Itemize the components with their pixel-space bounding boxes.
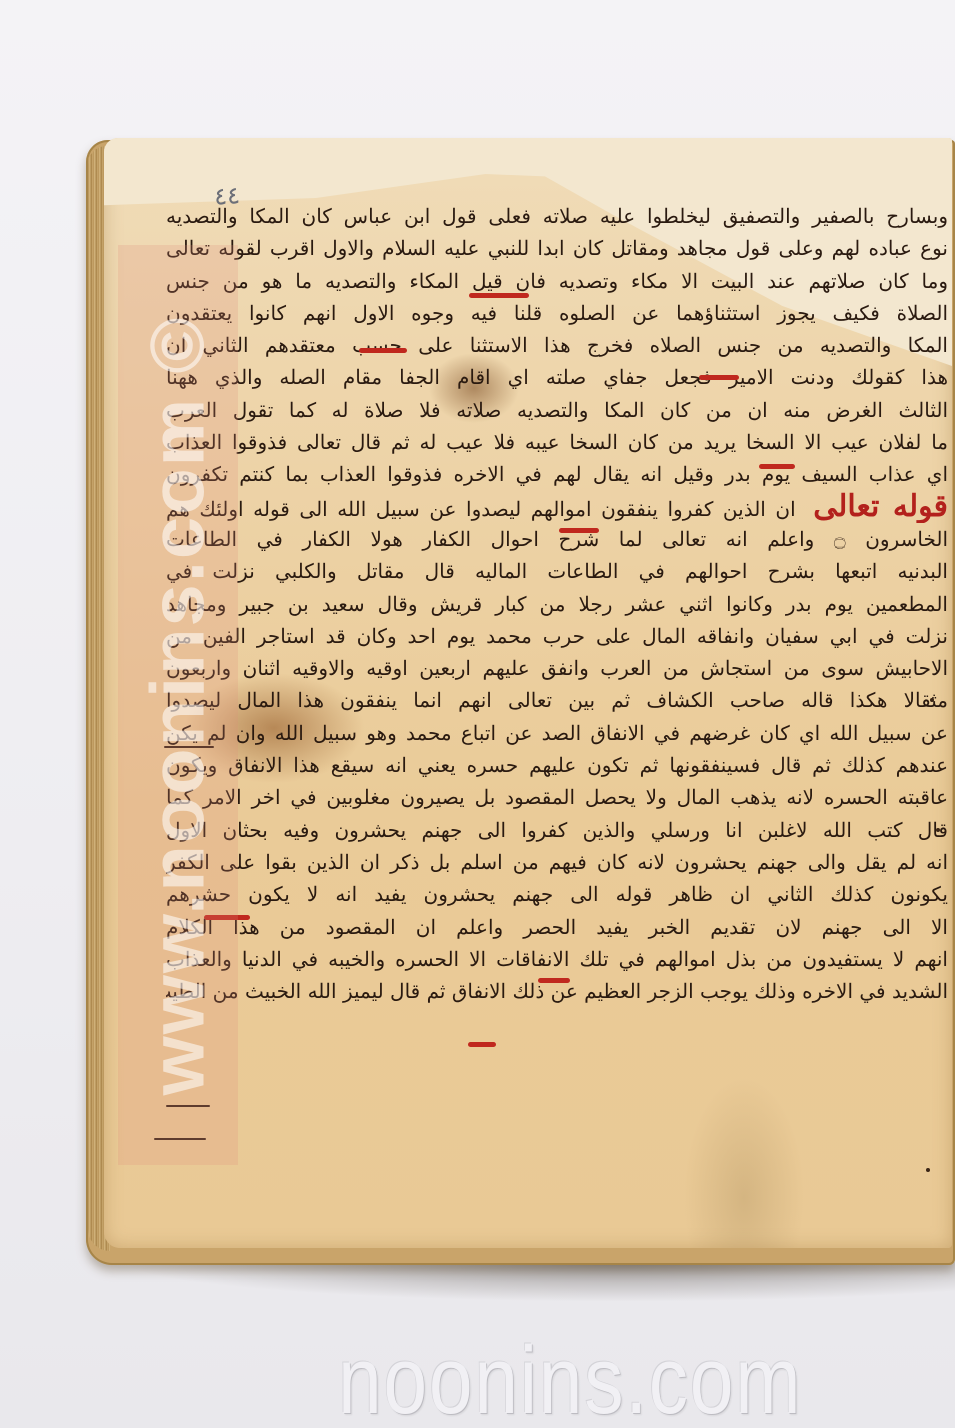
text-line: عن سبيل الله اي كان غرضهم في الانفاق الص… <box>166 717 948 749</box>
ink-speck <box>936 828 940 832</box>
text-line: مثقالا هكذا قاله صاحب الكشاف ثم بين تعال… <box>166 684 948 716</box>
ink-speck <box>930 698 934 702</box>
rubric-heading: قوله تعالى <box>813 491 948 523</box>
book-shadow <box>120 1262 955 1302</box>
text-line: المطعمين يوم بدر وكانوا اثني عشر رجلا من… <box>166 588 948 620</box>
red-overline-mark <box>468 1042 496 1047</box>
red-overline-mark <box>359 348 407 353</box>
vertical-watermark-text: www.noonins.com © <box>135 315 222 1095</box>
text-line: البدنيه اتبعها بشرح احوالهم في الطاعات ا… <box>166 555 948 587</box>
text-line: وما كان صلاتهم عند البيت الا مكاء وتصديه… <box>166 265 948 297</box>
text-line: انه لم يقل والى جهنم يحشرون لانه كان فيه… <box>166 846 948 878</box>
text-line: الصلاة فكيف يجوز استثناؤهما عن الصلوه قل… <box>166 297 948 329</box>
text-line: اي عذاب السيف يوم بدر وقيل انه يقال لهم … <box>166 458 948 490</box>
text-line: المكا والتصديه من جنس الصلاه فخرج هذا ال… <box>166 329 948 361</box>
vertical-watermark: www.noonins.com © <box>118 245 238 1165</box>
red-overline-mark <box>699 375 739 380</box>
text-line: الاحابيش سوى من استجاش من العرب وانفق عل… <box>166 652 948 684</box>
text-line: وبسارح بالصفير والتصفيق ليخلطوا عليه صلا… <box>166 200 948 232</box>
bottom-watermark: noonins.com <box>338 1326 802 1428</box>
text-block: وبسارح بالصفير والتصفيق ليخلطوا عليه صلا… <box>166 200 948 1007</box>
text-line: نوع عباده لهم وعلى قول مجاهد ومقاتل كان … <box>166 232 948 264</box>
text-line: هذا كقولك ودنت الامير فجعل جفاي صلته اي … <box>166 361 948 393</box>
text-line-with-rubric: قوله تعالى ان الذين كفروا ينفقون اموالهم… <box>166 491 948 523</box>
text-line: الخاسرون ۝ واعلم انه تعالى لما شرح احوال… <box>166 523 948 555</box>
text-line: ما لفلان عيب الا السخا يريد من كان السخا… <box>166 426 948 458</box>
red-overline-mark <box>469 293 529 298</box>
red-overline-mark <box>759 464 795 469</box>
text-line: يكونون كذلك الثاني ان ظاهر قوله الى جهنم… <box>166 878 948 910</box>
text-line-content: ان الذين كفروا ينفقون اموالهم ليصدوا عن … <box>166 497 796 521</box>
text-line: نزلت في ابي سفيان وانفاقه المال على حرب … <box>166 620 948 652</box>
text-line: الا الى جهنم لان تقديم الخبر يفيد الحصر … <box>166 911 948 943</box>
ink-speck <box>926 1168 930 1172</box>
text-line: الثالث الغرض منه ان من كان المكا والتصدي… <box>166 394 948 426</box>
red-overline-mark <box>559 528 599 533</box>
text-line: انهم لا يستفيدون من بذل اموالهم في تلك ا… <box>166 943 948 975</box>
red-overline-mark <box>538 978 570 983</box>
text-line: عاقبته الحسره لانه يذهب المال ولا يحصل ا… <box>166 781 948 813</box>
text-line: قال كتب الله لاغلبن انا ورسلي والذين كفر… <box>166 814 948 846</box>
text-line: عندهم كذلك ثم قال فسينفقونها ثم تكون علي… <box>166 749 948 781</box>
